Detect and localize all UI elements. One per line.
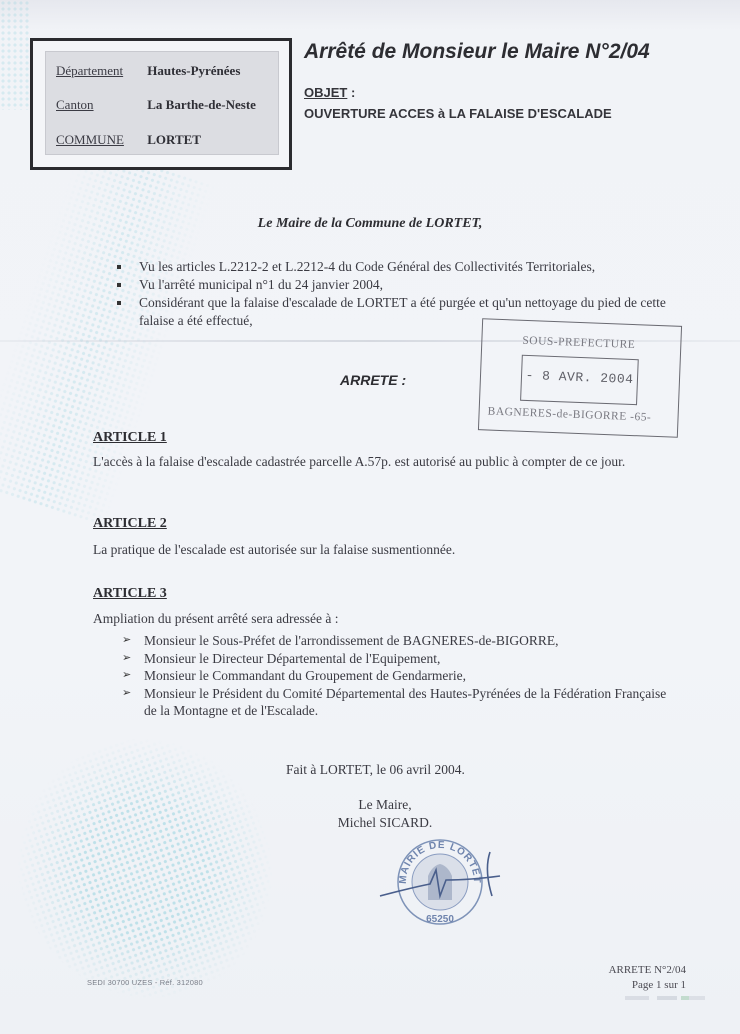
square-bullet-icon (117, 301, 121, 305)
article-2-heading: ARTICLE 2 (93, 516, 167, 532)
canton-label: Canton (56, 97, 144, 113)
stamp-date-box: - 8 AVR. 2004 (520, 355, 639, 405)
seal-postcode: 65250 (426, 914, 454, 925)
document-title: Arrêté de Monsieur le Maire N°2/04 (304, 40, 650, 64)
recipient-text: Monsieur le Sous-Préfet de l'arrondissem… (144, 633, 559, 648)
article-3-heading: ARTICLE 3 (93, 586, 167, 602)
preamble-item: Vu les articles L.2212-2 et L.2212-4 du … (115, 258, 675, 276)
footer-watermark-strip (625, 996, 705, 1000)
departement-value: Hautes-Pyrénées (147, 63, 240, 78)
preamble-list: Vu les articles L.2212-2 et L.2212-4 du … (115, 258, 675, 330)
canton-value: La Barthe-de-Neste (147, 97, 256, 112)
preamble-title: Le Maire de la Commune de LORTET, (0, 216, 740, 232)
signoff-title: Le Maire, (0, 797, 740, 813)
square-bullet-icon (117, 283, 121, 287)
footer-arrete-number: ARRETE N°2/04 (609, 963, 686, 978)
recipient-item: ➢ Monsieur le Sous-Préfet de l'arrondiss… (122, 632, 682, 650)
preamble-item-text: Vu les articles L.2212-2 et L.2212-4 du … (139, 259, 595, 274)
objet-label-text: OBJET (304, 85, 347, 100)
article-1-body: L'accès à la falaise d'escalade cadastré… (93, 452, 668, 471)
commune-label: COMMUNE (56, 132, 144, 148)
objet-text: OUVERTURE ACCES à LA FALAISE D'ESCALADE (304, 106, 612, 121)
recipient-item: ➢ Monsieur le Commandant du Groupement d… (122, 667, 682, 685)
objet-label: OBJET : (304, 85, 355, 100)
arrow-bullet-icon: ➢ (122, 632, 131, 650)
stamp-bottom-text: BAGNERES-de-BIGORRE -65- (487, 405, 651, 423)
arrow-bullet-icon: ➢ (122, 650, 131, 668)
footer-print-reference: SEDI 30700 UZES - Réf. 312080 (87, 978, 203, 987)
article-3-body: Ampliation du présent arrêté sera adress… (93, 609, 668, 628)
recipient-item: ➢ Monsieur le Directeur Départemental de… (122, 650, 682, 668)
arrow-bullet-icon: ➢ (122, 685, 131, 703)
square-bullet-icon (117, 265, 121, 269)
stamp-date: - 8 AVR. 2004 (522, 368, 637, 387)
recipient-item: ➢ Monsieur le Président du Comité Départ… (122, 685, 682, 720)
watermark-pattern (0, 0, 30, 110)
commune-value: LORTET (147, 132, 201, 147)
arrete-heading: ARRETE : (340, 372, 406, 388)
recipient-text: Monsieur le Commandant du Groupement de … (144, 668, 466, 683)
footer-page-info: ARRETE N°2/04 Page 1 sur 1 (609, 963, 686, 993)
objet-label-colon: : (347, 85, 355, 100)
departement-label: Département (56, 63, 144, 79)
preamble-item: Vu l'arrêté municipal n°1 du 24 janvier … (115, 276, 675, 294)
departement-row: Département Hautes-Pyrénées (56, 63, 240, 79)
arrow-bullet-icon: ➢ (122, 667, 131, 685)
commune-row: COMMUNE LORTET (56, 132, 201, 148)
signoff-place-date: Fait à LORTET, le 06 avril 2004. (286, 762, 465, 778)
sous-prefecture-stamp: SOUS-PREFECTURE - 8 AVR. 2004 BAGNERES-d… (478, 318, 682, 438)
stamp-top-text: SOUS-PREFECTURE (522, 335, 635, 351)
commune-info-box: Département Hautes-Pyrénées Canton La Ba… (30, 38, 292, 170)
signoff-name: Michel SICARD. (0, 815, 740, 831)
document-page: Département Hautes-Pyrénées Canton La Ba… (0, 0, 740, 1034)
canton-row: Canton La Barthe-de-Neste (56, 97, 256, 113)
recipients-list: ➢ Monsieur le Sous-Préfet de l'arrondiss… (122, 632, 682, 720)
recipient-text: Monsieur le Directeur Départemental de l… (144, 651, 440, 666)
recipient-text: Monsieur le Président du Comité Départem… (144, 686, 666, 719)
mairie-seal-icon: MAIRIE DE LORTET 65250 (360, 830, 520, 930)
article-1-heading: ARTICLE 1 (93, 430, 167, 446)
article-2-body: La pratique de l'escalade est autorisée … (93, 540, 668, 559)
footer-page-count: Page 1 sur 1 (609, 978, 686, 993)
preamble-item-text: Vu l'arrêté municipal n°1 du 24 janvier … (139, 277, 383, 292)
commune-info-panel: Département Hautes-Pyrénées Canton La Ba… (45, 51, 279, 155)
